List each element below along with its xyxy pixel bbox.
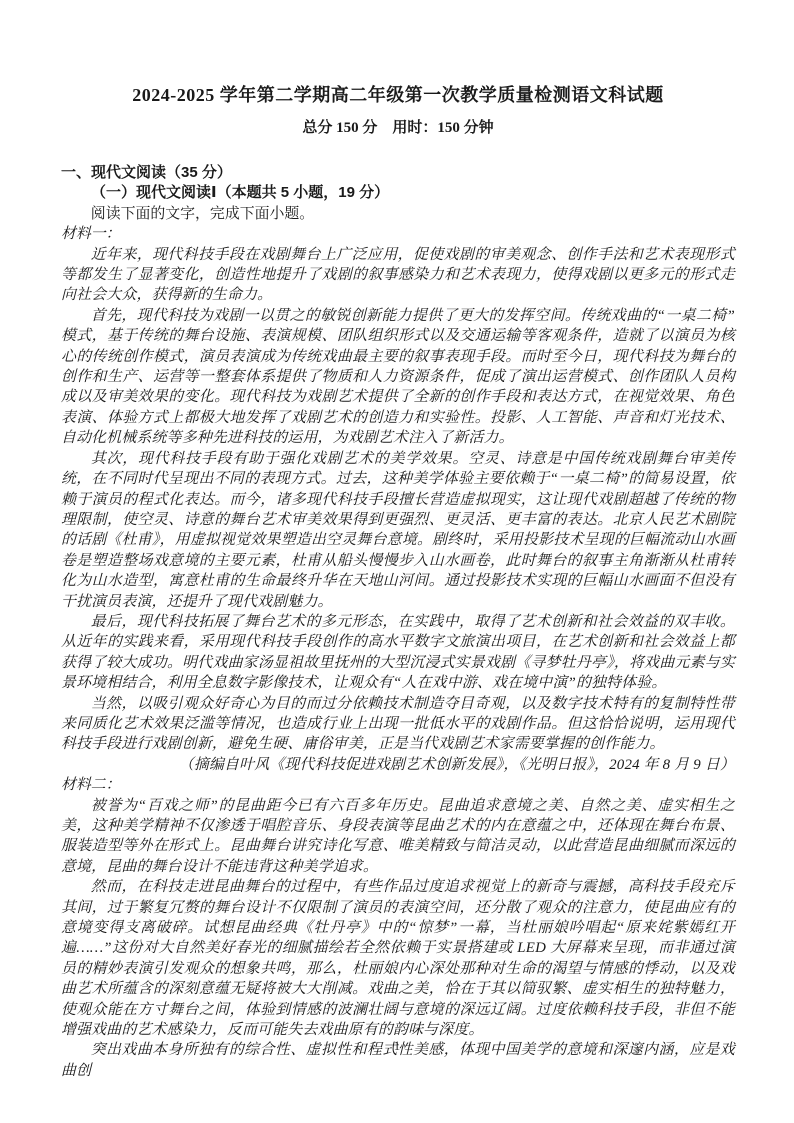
material-one-paragraph-3: 其次，现代科技手段有助于强化戏剧艺术的美学效果。空灵、诗意是中国传统戏剧舞台审美…	[61, 449, 735, 612]
section-heading-modern-reading: 一、现代文阅读（35 分）	[61, 163, 735, 183]
material-one-paragraph-4: 最后，现代科技拓展了舞台艺术的多元形态，在实践中，取得了艺术创新和社会效益的双丰…	[61, 612, 735, 694]
page-number: 1	[0, 1038, 794, 1054]
reading-instruction: 阅读下面的文字，完成下面小题。	[61, 204, 735, 224]
material-one-paragraph-1: 近年来，现代科技手段在戏剧舞台上广泛应用，促使戏剧的审美观念、创作手法和艺术表现…	[61, 245, 735, 306]
material-one-paragraph-2: 首先，现代科技为戏剧一以贯之的敏锐创新能力提供了更大的发挥空间。传统戏曲的“一桌…	[61, 306, 735, 449]
material-one-paragraph-5: 当然，以吸引观众好奇心为目的而过分依赖技术制造夺目奇观，以及数字技术特有的复制特…	[61, 694, 735, 755]
subsection-heading-reading-one: （一）现代文阅读Ⅰ（本题共 5 小题，19 分）	[61, 183, 735, 203]
material-one-label: 材料一：	[61, 224, 735, 244]
material-two-paragraph-2: 然而，在科技走进昆曲舞台的过程中，有些作品过度追求视觉上的新奇与震撼，高科技手段…	[61, 877, 735, 1040]
document-title: 2024-2025 学年第二学期高二年级第一次教学质量检测语文科试题	[61, 82, 735, 108]
exam-paper-page: 2024-2025 学年第二学期高二年级第一次教学质量检测语文科试题 总分 15…	[0, 0, 794, 1123]
material-two-paragraph-1: 被誉为“百戏之师”的昆曲距今已有六百多年历史。昆曲追求意境之美、自然之美、虚实相…	[61, 796, 735, 878]
material-two-label: 材料二：	[61, 775, 735, 795]
material-one-citation: （摘编自叶风《现代科技促进戏剧艺术创新发展》，《光明日报》，2024 年 8 月…	[61, 755, 735, 775]
exam-info: 总分 150 分 用时：150 分钟	[61, 117, 735, 139]
